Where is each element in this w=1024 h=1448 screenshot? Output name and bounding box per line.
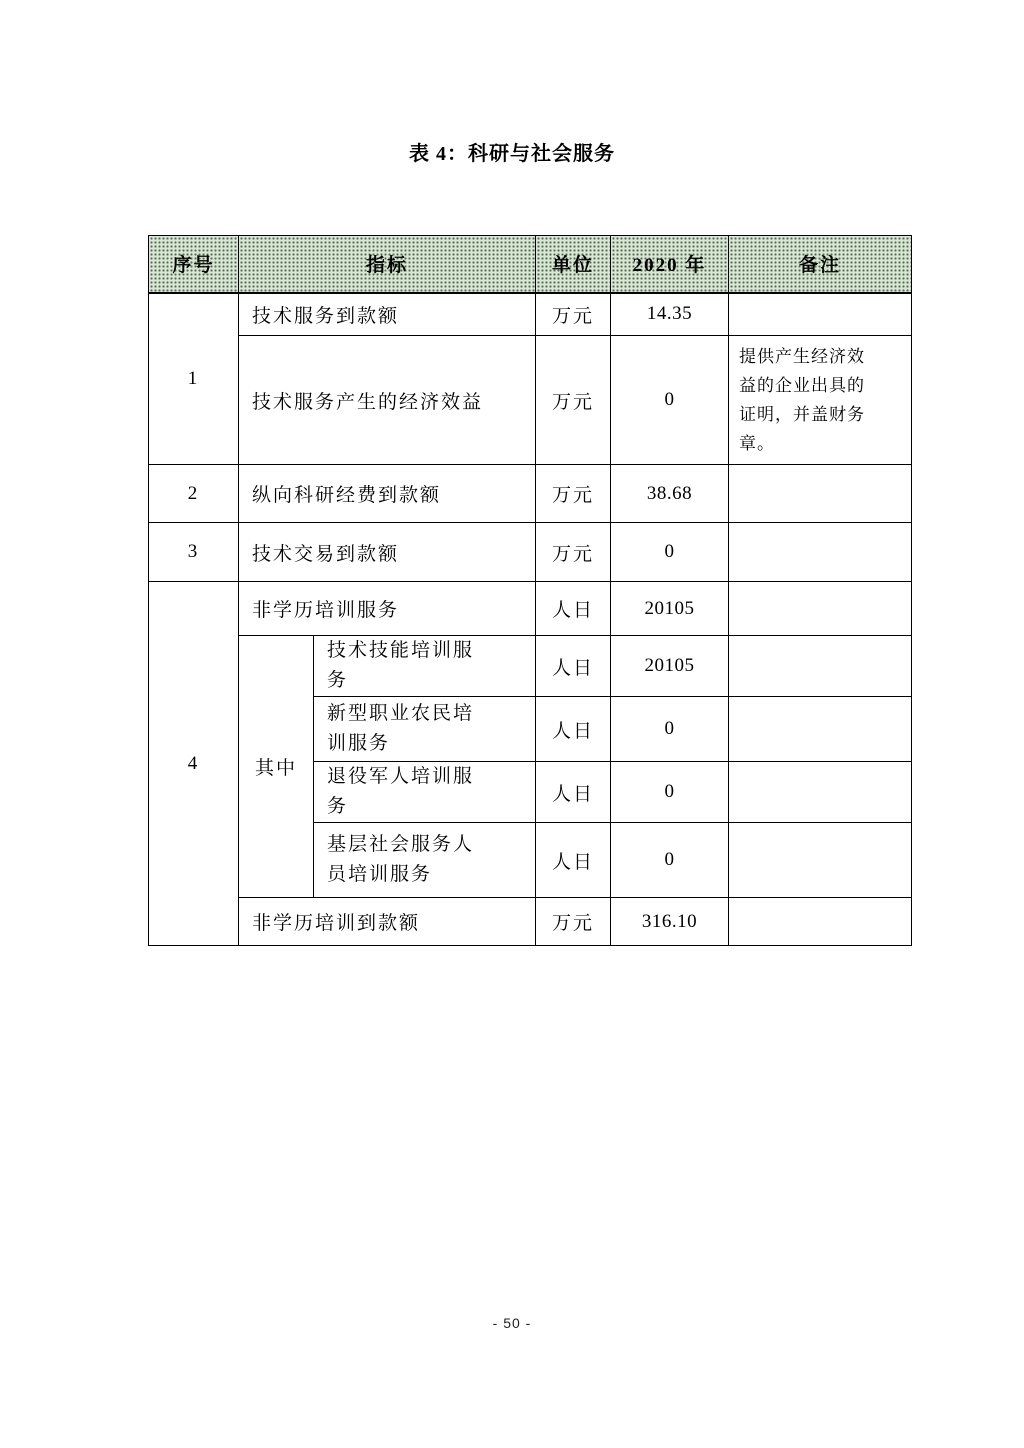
seq-cell-2: 2	[149, 465, 239, 523]
remark-text: 提供产生经济效益的企业出具的证明，并盖财务章。	[739, 342, 871, 458]
value-cell: 0	[611, 697, 729, 762]
remark-cell	[729, 293, 912, 336]
unit-cell: 万元	[536, 465, 611, 523]
remark-cell	[729, 823, 912, 898]
indicator-cell: 非学历培训服务	[239, 582, 536, 636]
indicator-cell: 退役军人培训服务	[314, 762, 536, 823]
table-row: 其中 技术技能培训服务 人日 20105	[149, 636, 912, 697]
indicator-cell: 技术服务产生的经济效益	[239, 336, 536, 465]
indicator-cell: 技术交易到款额	[239, 523, 536, 582]
value-cell: 0	[611, 823, 729, 898]
value-cell: 20105	[611, 582, 729, 636]
remark-cell	[729, 697, 912, 762]
page-number: - 50 -	[0, 1315, 1024, 1331]
remark-cell	[729, 582, 912, 636]
table-row: 非学历培训到款额 万元 316.10	[149, 898, 912, 946]
unit-cell: 人日	[536, 823, 611, 898]
col-header-indicator: 指标	[239, 236, 536, 293]
unit-cell: 人日	[536, 582, 611, 636]
value-cell: 14.35	[611, 293, 729, 336]
value-cell: 0	[611, 336, 729, 465]
remark-cell	[729, 465, 912, 523]
subgroup-cell: 其中	[239, 636, 314, 898]
table-row: 1 技术服务到款额 万元 14.35	[149, 293, 912, 336]
col-header-seq: 序号	[149, 236, 239, 293]
unit-cell: 万元	[536, 293, 611, 336]
unit-cell: 人日	[536, 762, 611, 823]
remark-cell: 提供产生经济效益的企业出具的证明，并盖财务章。	[729, 336, 912, 465]
table-row: 4 非学历培训服务 人日 20105	[149, 582, 912, 636]
indicator-cell: 基层社会服务人员培训服务	[314, 823, 536, 898]
indicator-cell: 纵向科研经费到款额	[239, 465, 536, 523]
col-header-unit: 单位	[536, 236, 611, 293]
indicator-cell: 技术技能培训服务	[314, 636, 536, 697]
unit-cell: 人日	[536, 636, 611, 697]
value-cell: 20105	[611, 636, 729, 697]
value-cell: 316.10	[611, 898, 729, 946]
indicator-cell: 技术服务到款额	[239, 293, 536, 336]
research-social-service-table: 序号 指标 单位 2020 年 备注 1 技术服务到款额 万元 14.35 技术…	[148, 235, 912, 946]
unit-cell: 万元	[536, 523, 611, 582]
remark-cell	[729, 898, 912, 946]
seq-cell-1: 1	[149, 293, 239, 465]
remark-cell	[729, 762, 912, 823]
unit-cell: 万元	[536, 898, 611, 946]
col-header-remark: 备注	[729, 236, 912, 293]
table-row: 3 技术交易到款额 万元 0	[149, 523, 912, 582]
col-header-year: 2020 年	[611, 236, 729, 293]
data-table: 序号 指标 单位 2020 年 备注 1 技术服务到款额 万元 14.35 技术…	[148, 235, 912, 946]
table-row: 技术服务产生的经济效益 万元 0 提供产生经济效益的企业出具的证明，并盖财务章。	[149, 336, 912, 465]
indicator-cell: 非学历培训到款额	[239, 898, 536, 946]
seq-cell-3: 3	[149, 523, 239, 582]
table-row: 2 纵向科研经费到款额 万元 38.68	[149, 465, 912, 523]
unit-cell: 人日	[536, 697, 611, 762]
indicator-cell: 新型职业农民培训服务	[314, 697, 536, 762]
table-header-row: 序号 指标 单位 2020 年 备注	[149, 236, 912, 293]
value-cell: 38.68	[611, 465, 729, 523]
seq-cell-4: 4	[149, 582, 239, 946]
page-title: 表 4：科研与社会服务	[0, 137, 1024, 166]
value-cell: 0	[611, 523, 729, 582]
value-cell: 0	[611, 762, 729, 823]
remark-cell	[729, 523, 912, 582]
remark-cell	[729, 636, 912, 697]
unit-cell: 万元	[536, 336, 611, 465]
